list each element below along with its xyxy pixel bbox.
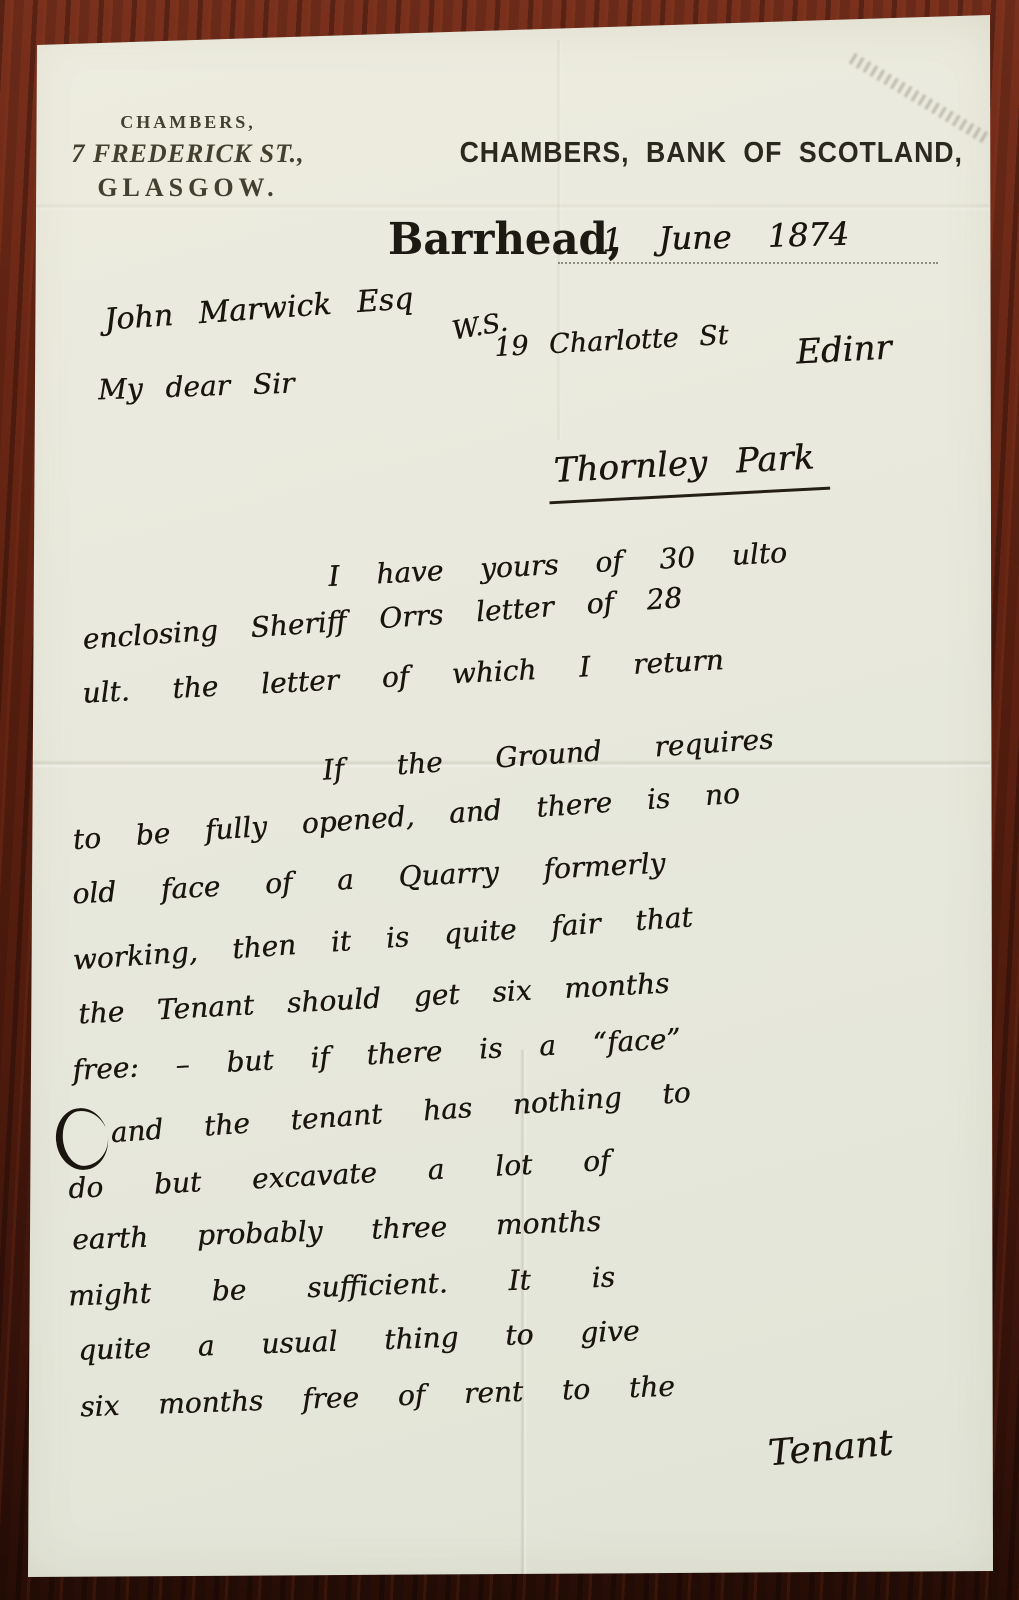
letterhead-title: CHAMBERS, BANK OF SCOTLAND, xyxy=(460,137,957,170)
handwritten-line: do but excavate a lot of xyxy=(68,1144,612,1205)
letterhead-place: Barrhead, xyxy=(388,214,622,265)
recipient-city: Edinr xyxy=(795,328,893,373)
letterhead-address-block: CHAMBERS, 7 FREDERICK ST., GLASGOW. xyxy=(68,112,308,203)
letterhead-street-line: 7 FREDERICK ST., xyxy=(68,139,308,169)
letterhead-city-line: GLASGOW. xyxy=(68,173,308,203)
fold-crease-horizontal-top xyxy=(30,203,990,211)
recipient-street: 19 Charlotte St xyxy=(493,320,729,363)
handwritten-line: I have yours of 30 ulto xyxy=(327,536,787,593)
handwritten-line: Tenant xyxy=(766,1423,894,1475)
handwritten-line: to be fully opened, and there is no xyxy=(72,777,741,857)
handwritten-date: 1 June 1874 xyxy=(602,215,850,259)
handwritten-line: working, then it is quite fair that xyxy=(72,900,694,976)
handwritten-line: enclosing Sheriff Orrs letter of 28 xyxy=(82,581,684,656)
recipient-name: John Marwick Esq xyxy=(103,281,414,338)
letterhead-chambers-line: CHAMBERS, xyxy=(68,112,308,133)
pen-flourish xyxy=(52,1105,112,1174)
handwritten-line: and the tenant has nothing to xyxy=(110,1076,692,1149)
fold-crease-vertical-bottom xyxy=(520,1050,527,1578)
handwritten-line: If the Ground requires xyxy=(321,722,774,786)
photo-background: CHAMBERS, 7 FREDERICK ST., GLASGOW. CHAM… xyxy=(0,0,1019,1600)
corner-smudge-mark xyxy=(849,53,992,146)
handwritten-line: old face of a Quarry formerly xyxy=(72,846,667,910)
handwritten-line: six months free of rent to the xyxy=(80,1370,676,1424)
handwritten-line: quite a usual thing to give xyxy=(78,1314,640,1367)
salutation: My dear Sir xyxy=(97,367,294,407)
handwritten-line: ult. the letter of which I return xyxy=(82,643,725,710)
subject-heading: Thornley Park xyxy=(547,437,830,505)
dateline-rule xyxy=(558,262,938,264)
handwritten-line: might be sufficient. It is xyxy=(68,1260,616,1312)
handwritten-line: the Tenant should get six months xyxy=(78,967,670,1031)
handwritten-line: free: – but if there is a “face” xyxy=(72,1022,682,1087)
letter-paper: CHAMBERS, 7 FREDERICK ST., GLASGOW. CHAM… xyxy=(0,0,1019,1600)
